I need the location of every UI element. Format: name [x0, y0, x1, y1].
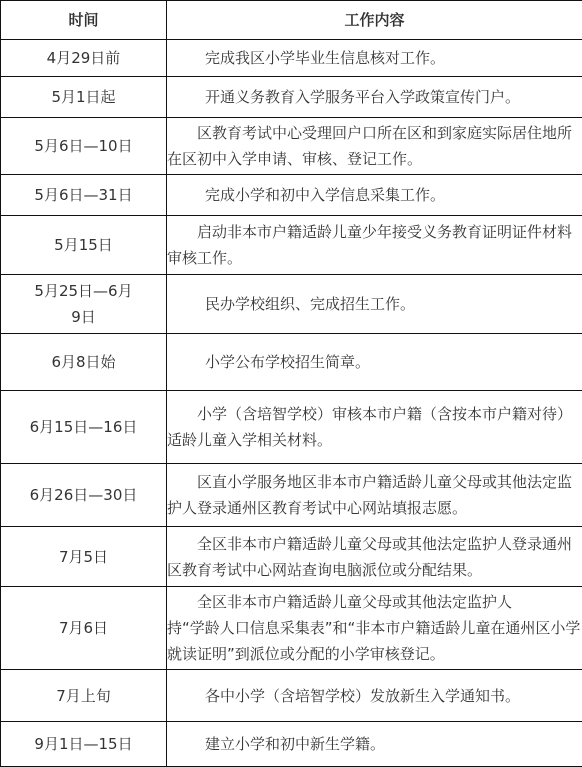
content-cell: 全区非本市户籍适龄儿童父母或其他法定监护人登录通州区教育考试中心网站查询电脑派位… [167, 527, 582, 587]
content-cell: 完成我区小学毕业生信息核对工作。 [167, 40, 582, 77]
content-cell: 各中小学（含培智学校）发放新生入学通知书。 [167, 670, 582, 722]
time-cell: 6月15日—16日 [1, 391, 167, 464]
table-row: 5月6日—10日 区教育考试中心受理回户口所在区和到家庭实际居住地所在区初中入学… [1, 118, 582, 175]
header-row: 时间 工作内容 [1, 1, 582, 40]
content-line: 持“学龄人口信息采集表”和“非本市户籍适龄儿童在通州区小学就读证明”到派位或分配… [167, 615, 582, 667]
table-row: 7月6日 全区非本市户籍适龄儿童父母或其他法定监护人 持“学龄人口信息采集表”和… [1, 587, 582, 670]
time-cell: 5月6日—10日 [1, 118, 167, 175]
table-row: 4月29日前 完成我区小学毕业生信息核对工作。 [1, 40, 582, 77]
header-content: 工作内容 [167, 1, 582, 40]
table-row: 7月5日 全区非本市户籍适龄儿童父母或其他法定监护人登录通州区教育考试中心网站查… [1, 527, 582, 587]
table-row: 9月1日—15日 建立小学和初中新生学籍。 [1, 722, 582, 767]
table-row: 5月25日—6月9日 民办学校组织、完成招生工作。 [1, 275, 582, 334]
content-text: 启动非本市户籍适龄儿童少年接受义务教育证明证件材料审核工作。 [167, 223, 572, 267]
content-text: 区直小学服务地区非本市户籍适龄儿童父母或其他法定监护人登录通州区教育考试中心网站… [167, 473, 572, 517]
content-cell: 完成小学和初中入学信息采集工作。 [167, 175, 582, 216]
table-row: 7月上旬 各中小学（含培智学校）发放新生入学通知书。 [1, 670, 582, 722]
time-cell: 6月26日—30日 [1, 464, 167, 527]
content-cell: 开通义务教育入学服务平台入学政策宣传门户。 [167, 77, 582, 118]
time-cell: 9月1日—15日 [1, 722, 167, 767]
time-cell: 5月25日—6月9日 [1, 275, 167, 334]
time-cell: 5月15日 [1, 216, 167, 275]
table-row: 6月15日—16日 小学（含培智学校）审核本市户籍（含按本市户籍对待）适龄儿童入… [1, 391, 582, 464]
content-cell: 区直小学服务地区非本市户籍适龄儿童父母或其他法定监护人登录通州区教育考试中心网站… [167, 464, 582, 527]
content-text: 区教育考试中心受理回户口所在区和到家庭实际居住地所在区初中入学申请、审核、登记工… [167, 124, 572, 168]
time-cell: 5月1日起 [1, 77, 167, 118]
content-text: 小学（含培智学校）审核本市户籍（含按本市户籍对待）适龄儿童入学相关材料。 [167, 405, 572, 449]
table-row: 6月26日—30日 区直小学服务地区非本市户籍适龄儿童父母或其他法定监护人登录通… [1, 464, 582, 527]
time-cell: 7月5日 [1, 527, 167, 587]
content-cell: 小学（含培智学校）审核本市户籍（含按本市户籍对待）适龄儿童入学相关材料。 [167, 391, 582, 464]
content-cell: 小学公布学校招生简章。 [167, 334, 582, 391]
content-cell: 启动非本市户籍适龄儿童少年接受义务教育证明证件材料审核工作。 [167, 216, 582, 275]
time-cell: 5月6日—31日 [1, 175, 167, 216]
time-cell: 4月29日前 [1, 40, 167, 77]
content-line: 全区非本市户籍适龄儿童父母或其他法定监护人 [167, 589, 582, 615]
table-row: 6月8日始 小学公布学校招生简章。 [1, 334, 582, 391]
content-cell: 建立小学和初中新生学籍。 [167, 722, 582, 767]
content-cell: 区教育考试中心受理回户口所在区和到家庭实际居住地所在区初中入学申请、审核、登记工… [167, 118, 582, 175]
table-row: 5月15日 启动非本市户籍适龄儿童少年接受义务教育证明证件材料审核工作。 [1, 216, 582, 275]
time-cell: 7月6日 [1, 587, 167, 670]
content-cell: 民办学校组织、完成招生工作。 [167, 275, 582, 334]
content-text: 全区非本市户籍适龄儿童父母或其他法定监护人登录通州区教育考试中心网站查询电脑派位… [167, 535, 572, 579]
header-time: 时间 [1, 1, 167, 40]
content-cell: 全区非本市户籍适龄儿童父母或其他法定监护人 持“学龄人口信息采集表”和“非本市户… [167, 587, 582, 670]
table-row: 5月6日—31日 完成小学和初中入学信息采集工作。 [1, 175, 582, 216]
enrollment-schedule-table: 时间 工作内容 4月29日前 完成我区小学毕业生信息核对工作。 5月1日起 开通… [0, 0, 582, 766]
time-cell: 6月8日始 [1, 334, 167, 391]
time-cell: 7月上旬 [1, 670, 167, 722]
table-row: 5月1日起 开通义务教育入学服务平台入学政策宣传门户。 [1, 77, 582, 118]
